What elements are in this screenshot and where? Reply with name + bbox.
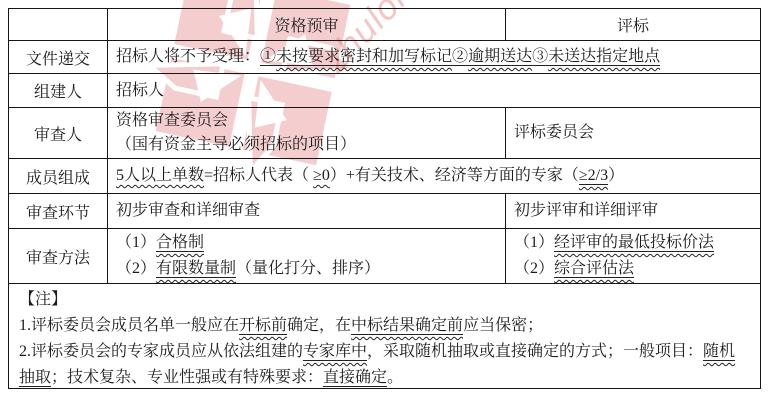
cell-review-stages-evaluation: 初步评审和详细评审 [506, 194, 760, 228]
text-segment: 2.评标委员会的专家成员应从依法组建的 [19, 343, 303, 360]
text-segment: 招标人 [116, 82, 164, 99]
text-segment: ② [452, 48, 468, 66]
text-segment: 确定，在 [287, 317, 351, 334]
row-review-methods: 审查方法 （1）合格制（2）有限数量制（量化打分、排序） （1）经评审的最低投标… [9, 229, 760, 284]
text-segment: 5人以上单数 [116, 167, 204, 184]
row-label-review-methods: 审查方法 [9, 229, 108, 283]
row-label-examiner: 审查人 [9, 108, 108, 158]
text-segment: ① [260, 48, 276, 66]
text-segment: 评标委员会 [514, 124, 594, 141]
document-page: zhulong 资格预审 评标 文件递交 招标人将不予受理：①未按要求密封和加写… [0, 0, 768, 404]
header-cell-prequalification: 资格预审 [108, 9, 506, 40]
text-segment: 开标前 [239, 317, 287, 335]
text-segment: ） [608, 167, 624, 184]
text-segment: 未送达指定地点 [548, 48, 660, 66]
text-segment: 经评审的最低投标价法 [554, 234, 714, 252]
text-segment: （2） [514, 260, 554, 277]
cell-member-composition-content: 5人以上单数=招标人代表（ ≥0）+有关技术、经济等方面的专家（≥2/3） [108, 159, 760, 193]
text-segment: 未按要求密封和加写标记 [276, 48, 452, 66]
text-segment: （2） [116, 260, 156, 277]
text-segment: 1.评标委员会成员名单一般应在 [19, 317, 239, 334]
row-label-member-composition: 成员组成 [9, 159, 108, 193]
row-label-review-stages: 审查环节 [9, 194, 108, 228]
text-line: （1）合格制 [116, 230, 497, 256]
row-examiner: 审查人 资格审查委员会（国有资金主导必须招标的项目） 评标委员会 [9, 108, 760, 159]
text-line: 评标委员会 [514, 121, 752, 145]
cell-organizer-content: 招标人 [108, 74, 760, 107]
header-cell-bid-evaluation: 评标 [506, 9, 760, 40]
cell-examiner-prequalification: 资格审查委员会（国有资金主导必须招标的项目） [108, 108, 506, 158]
text-segment: 合格制 [156, 234, 204, 252]
note-item-2: 2.评标委员会的专家成员应从依法组建的专家库中，采取随机抽取或直接确定的方式；一… [19, 339, 750, 388]
notes-section: 【注】 1.评标委员会成员名单一般应在开标前确定，在中标结果确定前应当保密； 2… [9, 284, 760, 388]
text-segment: 。 [387, 369, 403, 386]
row-organizer: 组建人 招标人 [9, 74, 760, 108]
text-segment: 初步审查和详细审查 [116, 202, 260, 219]
text-line: （2）综合评估法 [514, 256, 752, 282]
text-segment: 资格审查委员会 [116, 112, 228, 129]
text-segment: ）+有关技术、经济等方面的专家（ [330, 167, 579, 184]
text-segment: （国有资金主导必须招标的项目） [116, 136, 356, 153]
text-line: 初步评审和详细评审 [514, 199, 752, 223]
row-label-organizer: 组建人 [9, 74, 108, 107]
text-segment: 直接确定 [323, 369, 387, 387]
qualification-vs-evaluation-table: 资格预审 评标 文件递交 招标人将不予受理：①未按要求密封和加写标记②逾期送达③… [8, 8, 761, 389]
table-header-row: 资格预审 评标 [9, 9, 760, 41]
note-item-1: 1.评标委员会成员名单一般应在开标前确定，在中标结果确定前应当保密； [19, 313, 750, 339]
text-segment: ≥2/3 [579, 167, 608, 185]
cell-examiner-evaluation: 评标委员会 [506, 108, 760, 158]
text-segment: 中标结果确定前 [351, 317, 463, 335]
text-line: （国有资金主导必须招标的项目） [116, 133, 497, 157]
text-segment: ；技术复杂、专业性强或有特殊要求： [51, 369, 323, 386]
cell-review-stages-prequalification: 初步审查和详细审查 [108, 194, 506, 228]
text-segment: 有限数量制 [156, 260, 236, 278]
cell-file-submission-content: 招标人将不予受理：①未按要求密封和加写标记②逾期送达③未送达指定地点 [108, 41, 760, 73]
text-line: 初步审查和详细审查 [116, 199, 497, 223]
text-segment: （1） [514, 234, 554, 251]
text-segment: =招标人代表（ [204, 167, 313, 184]
header-cell-blank [9, 9, 108, 40]
cell-review-methods-prequalification: （1）合格制（2）有限数量制（量化打分、排序） [108, 229, 506, 283]
text-segment: 逾期送达 [468, 48, 532, 66]
text-segment: 应当保密； [463, 317, 543, 334]
text-segment: 专家库中 [303, 343, 367, 361]
text-segment: 初步评审和详细评审 [514, 202, 658, 219]
row-member-composition: 成员组成 5人以上单数=招标人代表（ ≥0）+有关技术、经济等方面的专家（≥2/… [9, 159, 760, 194]
text-segment: ③ [532, 48, 548, 66]
text-segment: （量化打分、排序） [236, 260, 380, 277]
text-segment: 综合评估法 [554, 260, 634, 278]
cell-review-methods-evaluation: （1）经评审的最低投标价法（2）综合评估法 [506, 229, 760, 283]
text-line: 资格审查委员会 [116, 109, 497, 133]
text-line: （2）有限数量制（量化打分、排序） [116, 256, 497, 282]
notes-title: 【注】 [19, 287, 750, 313]
text-line: （1）经评审的最低投标价法 [514, 230, 752, 256]
text-segment: 招标人将不予受理： [116, 48, 260, 65]
text-segment: （1） [116, 234, 156, 251]
text-segment: ，采取随机抽取或直接确定的方式；一般项目： [367, 343, 703, 360]
row-label-file-submission: 文件递交 [9, 41, 108, 73]
text-segment: ≥0 [313, 167, 330, 184]
row-review-stages: 审查环节 初步审查和详细审查 初步评审和详细评审 [9, 194, 760, 229]
row-file-submission: 文件递交 招标人将不予受理：①未按要求密封和加写标记②逾期送达③未送达指定地点 [9, 41, 760, 74]
